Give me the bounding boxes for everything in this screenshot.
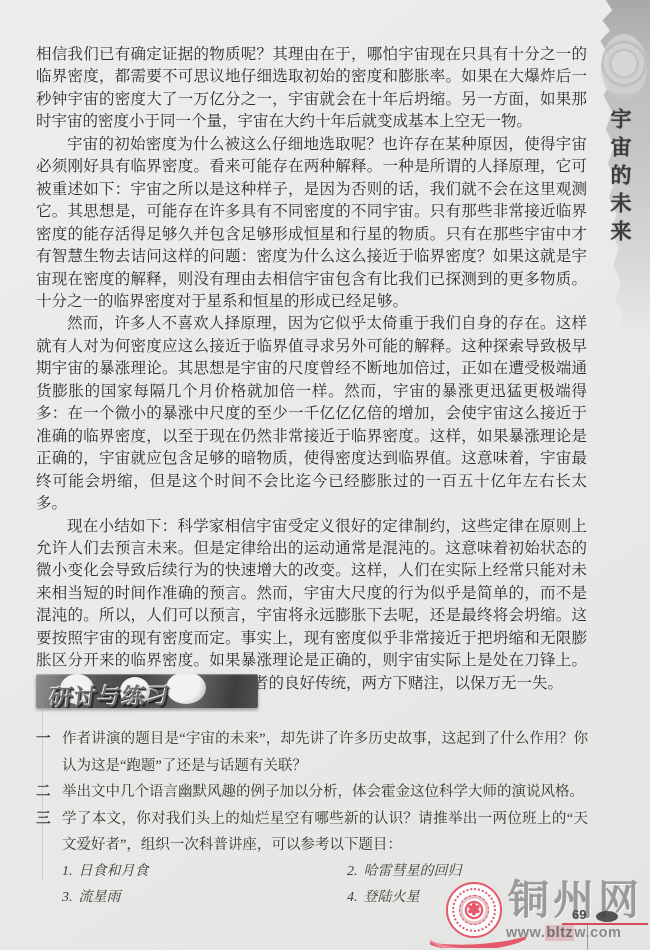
- topic-label: 登陆火星: [364, 887, 420, 909]
- textbook-page: 宇宙的未来 相信我们已有确定证据的物质呢？其理由在于，哪怕宇宙现在只具有十分之一…: [0, 0, 650, 950]
- topic-number: 4.: [347, 887, 358, 909]
- topic-item: 3. 流星雨: [62, 887, 347, 909]
- article-paragraph: 现在小结如下：科学家相信宇宙受定义很好的定律制约，这些定律在原则上允许人们去预言…: [36, 516, 587, 696]
- ink-blob: [596, 911, 618, 922]
- site-watermark: ✽ 铜州网 69 www.bltzw.com: [430, 880, 650, 950]
- exercise-text: 学了本文，你对我们头上的灿烂星空有哪些新的认识？请推举出一两位班上的“天文爱好者…: [62, 806, 588, 859]
- topic-number: 3.: [62, 887, 73, 909]
- exercise-item: 二 举出文中几个语言幽默风趣的例子加以分析，体会霍金这位科学大师的演说风格。: [36, 779, 588, 806]
- topic-item: 1. 日食和月食: [62, 861, 347, 883]
- topic-label: 流星雨: [79, 887, 121, 909]
- exercise-text: 作者讲演的题目是“宇宙的未来”，却先讲了许多历史故事，这起到了什么作用？你认为这…: [62, 726, 588, 779]
- exercise-text: 举出文中几个语言幽默风趣的例子加以分析，体会霍金这位科学大师的演说风格。: [62, 779, 588, 806]
- watermark-url: www.bltzw.com: [506, 925, 650, 941]
- article-body: 相信我们已有确定证据的物质呢？其理由在于，哪怕宇宙现在只具有十分之一的临界密度，…: [36, 44, 587, 695]
- exercise-item: 三 学了本文，你对我们头上的灿烂星空有哪些新的认识？请推举出一两位班上的“天文爱…: [36, 806, 588, 859]
- exercises-banner: 研讨与练习: [36, 674, 258, 708]
- exercise-number: 二: [36, 779, 62, 806]
- exercises-banner-label: 研讨与练习: [48, 676, 253, 708]
- url-highlight: bltz: [545, 925, 574, 941]
- url-suffix: w.com: [574, 925, 621, 941]
- chapter-title-vertical: 宇宙的未来: [604, 108, 634, 248]
- article-paragraph: 宇宙的初始密度为什么被这么仔细地选取呢？也许存在某种原因，使得宇宙必须刚好具有临…: [36, 134, 587, 314]
- topic-number: 1.: [62, 861, 73, 883]
- page-number: 69: [572, 907, 586, 922]
- exercise-item: 一 作者讲演的题目是“宇宙的未来”，却先讲了许多历史故事，这起到了什么作用？你认…: [36, 726, 588, 779]
- embossed-seal-icon: [601, 34, 647, 100]
- topic-label: 日食和月食: [79, 861, 149, 883]
- watermark-seal-icon: ✽: [446, 882, 502, 938]
- exercise-number: 一: [36, 726, 62, 779]
- url-prefix: www.: [506, 925, 545, 941]
- seal-flower-icon: ✽: [448, 884, 500, 936]
- scan-mark-line: [587, 925, 588, 950]
- article-paragraph: 然而，许多人不喜欢人择原理，因为它似乎太倚重于我们自身的存在。这样就有人对为何密…: [36, 313, 587, 515]
- article-paragraph: 相信我们已有确定证据的物质呢？其理由在于，哪怕宇宙现在只具有十分之一的临界密度，…: [36, 44, 587, 134]
- exercise-number: 三: [36, 806, 62, 859]
- topic-number: 2.: [347, 861, 358, 883]
